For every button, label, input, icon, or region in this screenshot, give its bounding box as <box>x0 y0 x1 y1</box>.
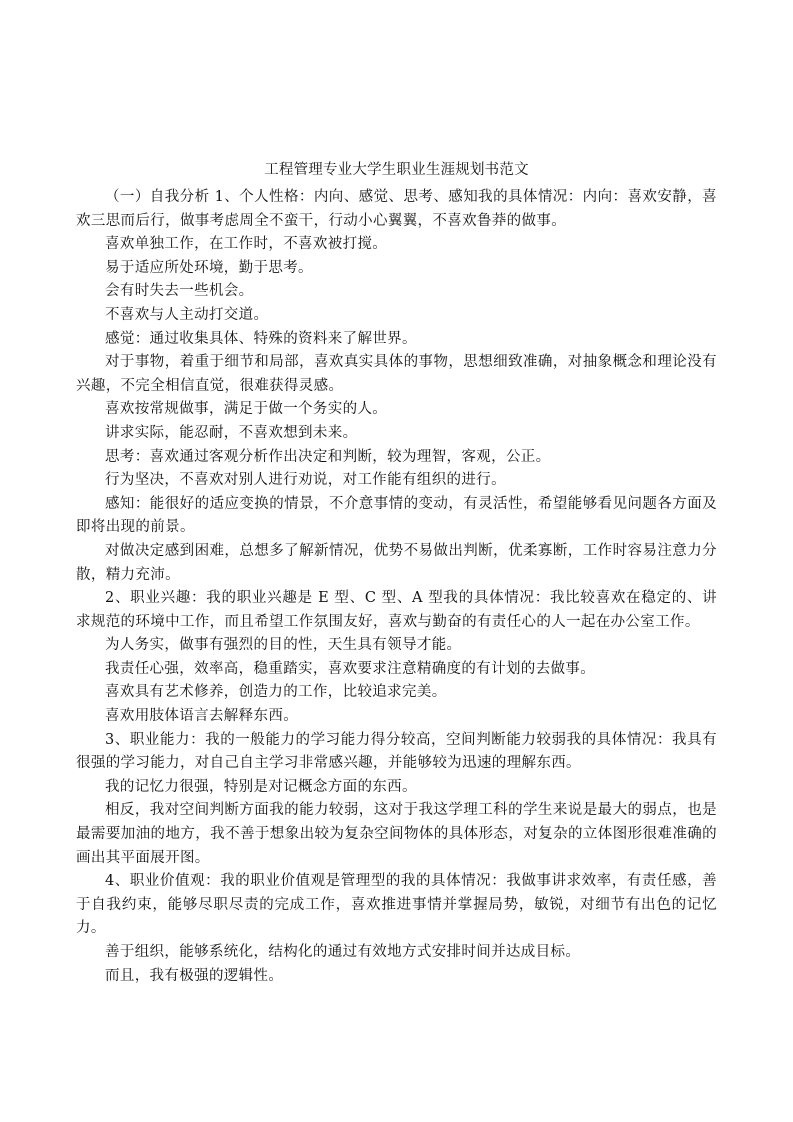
document-page: 工程管理专业大学生职业生涯规划书范文 （一）自我分析 1、个人性格：内向、感觉、… <box>76 158 717 988</box>
paragraph-perceiving: 感知：能很好的适应变换的情景，不介意事情的变动，有灵活性，希望能够看见问题各方面… <box>76 493 717 540</box>
paragraph: 喜欢单独工作，在工作时，不喜欢被打搅。 <box>76 233 717 257</box>
paragraph-personality-intro: （一）自我分析 1、个人性格：内向、感觉、思考、感知我的具体情况：内向：喜欢安静… <box>76 186 717 233</box>
paragraph: 易于适应所处环境，勤于思考。 <box>76 257 717 281</box>
paragraph-career-ability: 3、职业能力：我的一般能力的学习能力得分较高，空间判断能力较弱我的具体情况：我具… <box>76 729 717 776</box>
paragraph: 我的记忆力很强，特别是对记概念方面的东西。 <box>76 776 717 800</box>
paragraph: 对于事物，着重于细节和局部，喜欢真实具体的事物，思想细致准确，对抽象概念和理论没… <box>76 351 717 398</box>
paragraph-thinking: 思考：喜欢通过客观分析作出决定和判断，较为理智，客观，公正。 <box>76 446 717 470</box>
paragraph: 喜欢用肢体语言去解释东西。 <box>76 705 717 729</box>
paragraph-sensing: 感觉：通过收集具体、特殊的资料来了解世界。 <box>76 328 717 352</box>
paragraph: 行为坚决，不喜欢对别人进行劝说，对工作能有组织的进行。 <box>76 469 717 493</box>
paragraph: 会有时失去一些机会。 <box>76 280 717 304</box>
paragraph: 善于组织，能够系统化，结构化的通过有效地方式安排时间并达成目标。 <box>76 941 717 965</box>
paragraph: 喜欢具有艺术修养，创造力的工作，比较追求完美。 <box>76 681 717 705</box>
paragraph: 我责任心强，效率高，稳重踏实，喜欢要求注意精确度的有计划的去做事。 <box>76 658 717 682</box>
paragraph: 为人务实，做事有强烈的目的性，天生具有领导才能。 <box>76 634 717 658</box>
paragraph: 喜欢按常规做事，满足于做一个务实的人。 <box>76 398 717 422</box>
document-title: 工程管理专业大学生职业生涯规划书范文 <box>76 158 717 182</box>
paragraph-career-values: 4、职业价值观：我的职业价值观是管理型的我的具体情况：我做事讲求效率，有责任感，… <box>76 870 717 941</box>
paragraph: 对做决定感到困难，总想多了解新情况，优势不易做出判断，优柔寡断，工作时容易注意力… <box>76 540 717 587</box>
paragraph-career-interest: 2、职业兴趣：我的职业兴趣是 E 型、C 型、A 型我的具体情况：我比较喜欢在稳… <box>76 587 717 634</box>
paragraph: 相反，我对空间判断方面我的能力较弱，这对于我这学理工科的学生来说是最大的弱点，也… <box>76 799 717 870</box>
paragraph: 讲求实际，能忍耐，不喜欢想到未来。 <box>76 422 717 446</box>
paragraph: 而且，我有极强的逻辑性。 <box>76 965 717 989</box>
paragraph: 不喜欢与人主动打交道。 <box>76 304 717 328</box>
